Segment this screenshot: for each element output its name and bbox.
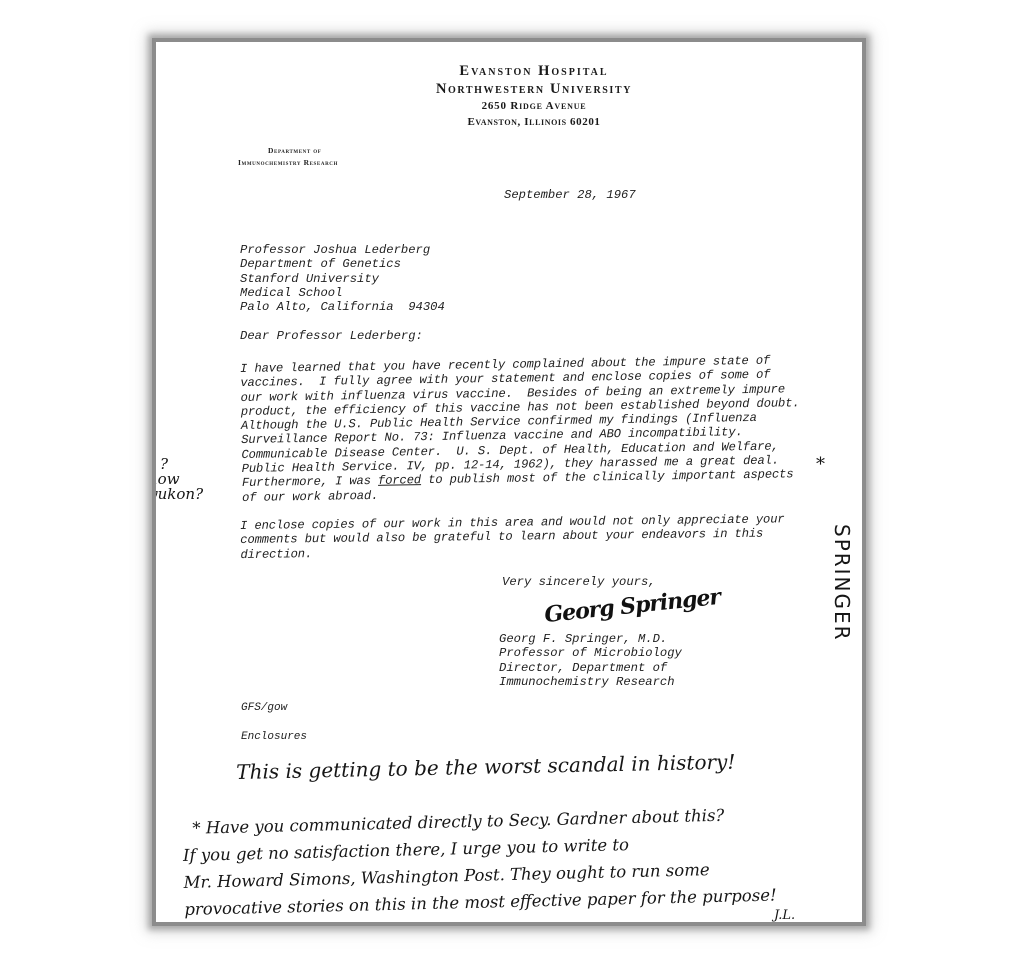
- emphasized-word: forced: [378, 474, 421, 489]
- signatory-line: Immunochemistry Research: [499, 675, 682, 689]
- handwritten-footnote: * Have you communicated directly to Secy…: [182, 801, 777, 923]
- recipient-line: Medical School: [240, 286, 445, 300]
- salutation: Dear Professor Lederberg:: [240, 329, 423, 343]
- enclosures-note: Enclosures: [241, 730, 307, 744]
- letterhead-university: Northwestern University: [206, 80, 862, 98]
- signatory-line: Georg F. Springer, M.D.: [499, 632, 682, 646]
- handwritten-scandal-note: This is getting to be the worst scandal …: [236, 750, 736, 784]
- body-line-start: Furthermore, I was: [242, 474, 378, 490]
- recipient-address: Professor Joshua Lederberg Department of…: [240, 243, 445, 314]
- letter-date: September 28, 1967: [504, 188, 636, 202]
- letterhead-institution: Evanston Hospital: [206, 62, 862, 80]
- reference-initials: GFS/gow: [241, 701, 287, 715]
- letterhead-city: Evanston, Illinois 60201: [206, 114, 862, 130]
- recipient-line: Palo Alto, California 94304: [240, 300, 445, 314]
- department-line-2: Immunochemistry Research: [238, 157, 338, 169]
- handwritten-initials: J.L.: [774, 908, 795, 923]
- handwritten-signature: Georg Springer: [543, 584, 721, 628]
- department-line-1: Department of: [238, 145, 338, 157]
- body-paragraph-1: I have learned that you have recently co…: [240, 353, 801, 505]
- signatory-line: Director, Department of: [499, 661, 682, 675]
- signatory-block: Georg F. Springer, M.D. Professor of Mic…: [499, 632, 682, 689]
- margin-note-left: ? how ryukon?: [158, 457, 203, 502]
- signatory-line: Professor of Microbiology: [499, 646, 682, 660]
- recipient-line: Stanford University: [240, 272, 445, 286]
- margin-note-springer: SPRINGER: [830, 524, 854, 642]
- margin-note-line: ryukon?: [152, 487, 203, 502]
- body-paragraph-2: I enclose copies of our work in this are…: [240, 512, 785, 562]
- recipient-line: Department of Genetics: [240, 257, 445, 271]
- letter-page: Evanston Hospital Northwestern Universit…: [152, 38, 866, 926]
- letterhead: Evanston Hospital Northwestern Universit…: [156, 62, 862, 130]
- closing: Very sincerely yours,: [502, 575, 656, 589]
- asterisk-mark: *: [816, 454, 825, 475]
- recipient-line: Professor Joshua Lederberg: [240, 243, 445, 257]
- department-block: Department of Immunochemistry Research: [238, 145, 338, 169]
- letterhead-street: 2650 Ridge Avenue: [206, 98, 862, 114]
